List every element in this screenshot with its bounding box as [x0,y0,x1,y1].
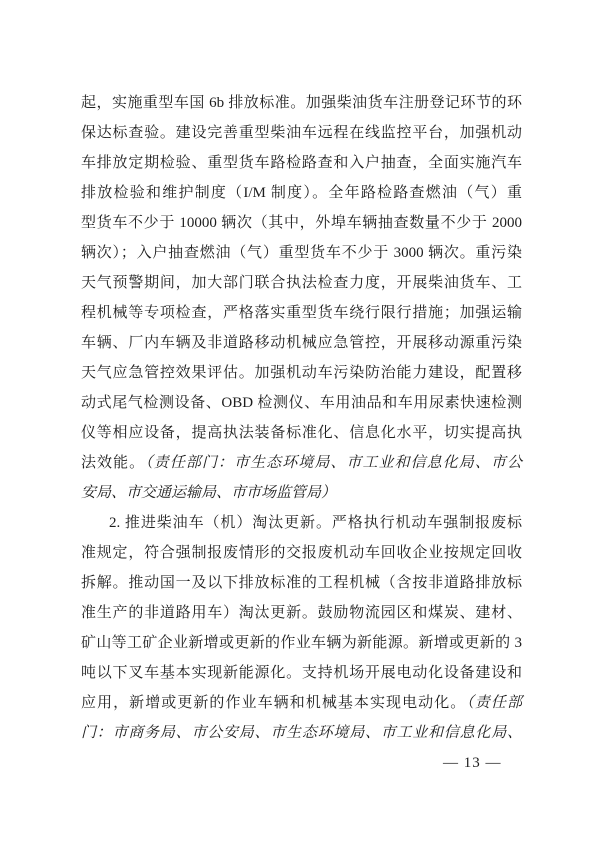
responsible-dept-text: （责任部 [466,695,522,711]
document-body: 起，实施重型车国 6b 排放标准。加强柴油货车注册登记环节的环保达标查验。建设完… [81,88,522,748]
body-text: 2. 推进柴油车（机）淘汰更新。严格执行机动车强制报废标 [109,515,522,531]
text-line: 天气应急管控效果评估。加强机动车污染防治能力建设，配置移 [81,358,522,388]
body-text: 程机械等专项检查，严格落实重型货车绕行限行措施；加强运输 [81,305,522,321]
text-line: 车辆、厂内车辆及非道路移动机械应急管控，开展移动源重污染 [81,328,522,358]
body-text: 型货车不少于 10000 辆次（其中，外埠车辆抽查数量不少于 2000 [81,215,522,231]
responsible-dept-text: 门：市商务局、市公安局、市生态环境局、市工业和信息化局、 [81,725,522,741]
body-text: 准规定，符合强制报废情形的交报废机动车回收企业按规定回收 [81,545,522,561]
text-line: 保达标查验。建设完善重型柴油车远程在线监控平台，加强机动 [81,118,522,148]
body-text: 仪等相应设备，提高执法装备标准化、信息化水平，切实提高执 [81,425,522,441]
body-text: 排放检验和维护制度（I/M 制度）。全年路检路查燃油（气）重 [81,185,522,201]
body-text: 车排放定期检验、重型货车路检路查和入户抽查，全面实施汽车 [81,155,522,171]
text-line: 应用，新增或更新的作业车辆和机械基本实现电动化。（责任部 [81,688,522,718]
text-line: 型货车不少于 10000 辆次（其中，外埠车辆抽查数量不少于 2000 [81,208,522,238]
text-line: 动式尾气检测设备、OBD 检测仪、车用油品和车用尿素快速检测 [81,388,522,418]
text-line: 车排放定期检验、重型货车路检路查和入户抽查，全面实施汽车 [81,148,522,178]
body-text: 准生产的非道路用车）淘汰更新。鼓励物流园区和煤炭、建材、 [81,605,522,621]
text-line: 辆次）；入户抽查燃油（气）重型货车不少于 3000 辆次。重污染 [81,238,522,268]
body-text: 天气预警期间，加大部门联合执法检查力度，开展柴油货车、工 [81,275,522,291]
responsible-dept-text: （责任部门：市生态环境局、市工业和信息化局、市公 [145,455,522,471]
text-line: 天气预警期间，加大部门联合执法检查力度，开展柴油货车、工 [81,268,522,298]
body-text: 矿山等工矿企业新增或更新的作业车辆为新能源。新增或更新的 3 [81,635,522,651]
text-line: 排放检验和维护制度（I/M 制度）。全年路检路查燃油（气）重 [81,178,522,208]
text-line: 准规定，符合强制报废情形的交报废机动车回收企业按规定回收 [81,538,522,568]
text-line: 仪等相应设备，提高执法装备标准化、信息化水平，切实提高执 [81,418,522,448]
text-line: 安局、市交通运输局、市市场监管局） [81,478,522,508]
body-text: 辆次）；入户抽查燃油（气）重型货车不少于 3000 辆次。重污染 [81,245,522,261]
body-text: 拆解。推动国一及以下排放标准的工程机械（含按非道路排放标 [81,575,522,591]
body-text: 法效能。 [81,455,145,471]
text-line: 准生产的非道路用车）淘汰更新。鼓励物流园区和煤炭、建材、 [81,598,522,628]
body-text: 天气应急管控效果评估。加强机动车污染防治能力建设，配置移 [81,365,522,381]
text-line: 拆解。推动国一及以下排放标准的工程机械（含按非道路排放标 [81,568,522,598]
body-text: 动式尾气检测设备、OBD 检测仪、车用油品和车用尿素快速检测 [81,395,522,411]
body-text: 起，实施重型车国 6b 排放标准。加强柴油货车注册登记环节的环 [81,95,522,111]
text-line: 程机械等专项检查，严格落实重型货车绕行限行措施；加强运输 [81,298,522,328]
body-text: 保达标查验。建设完善重型柴油车远程在线监控平台，加强机动 [81,125,522,141]
text-line: 矿山等工矿企业新增或更新的作业车辆为新能源。新增或更新的 3 [81,628,522,658]
text-line: 2. 推进柴油车（机）淘汰更新。严格执行机动车强制报废标 [81,508,522,538]
document-page: 起，实施重型车国 6b 排放标准。加强柴油货车注册登记环节的环保达标查验。建设完… [0,0,600,848]
responsible-dept-text: 安局、市交通运输局、市市场监管局） [81,485,336,501]
text-line: 门：市商务局、市公安局、市生态环境局、市工业和信息化局、 [81,718,522,748]
text-line: 吨以下叉车基本实现新能源化。支持机场开展电动化设备建设和 [81,658,522,688]
page-number: — 13 — [443,753,502,773]
text-line: 起，实施重型车国 6b 排放标准。加强柴油货车注册登记环节的环 [81,88,522,118]
body-text: 车辆、厂内车辆及非道路移动机械应急管控，开展移动源重污染 [81,335,522,351]
body-text: 吨以下叉车基本实现新能源化。支持机场开展电动化设备建设和 [81,665,522,681]
body-text: 应用，新增或更新的作业车辆和机械基本实现电动化。 [81,695,466,711]
text-line: 法效能。（责任部门：市生态环境局、市工业和信息化局、市公 [81,448,522,478]
